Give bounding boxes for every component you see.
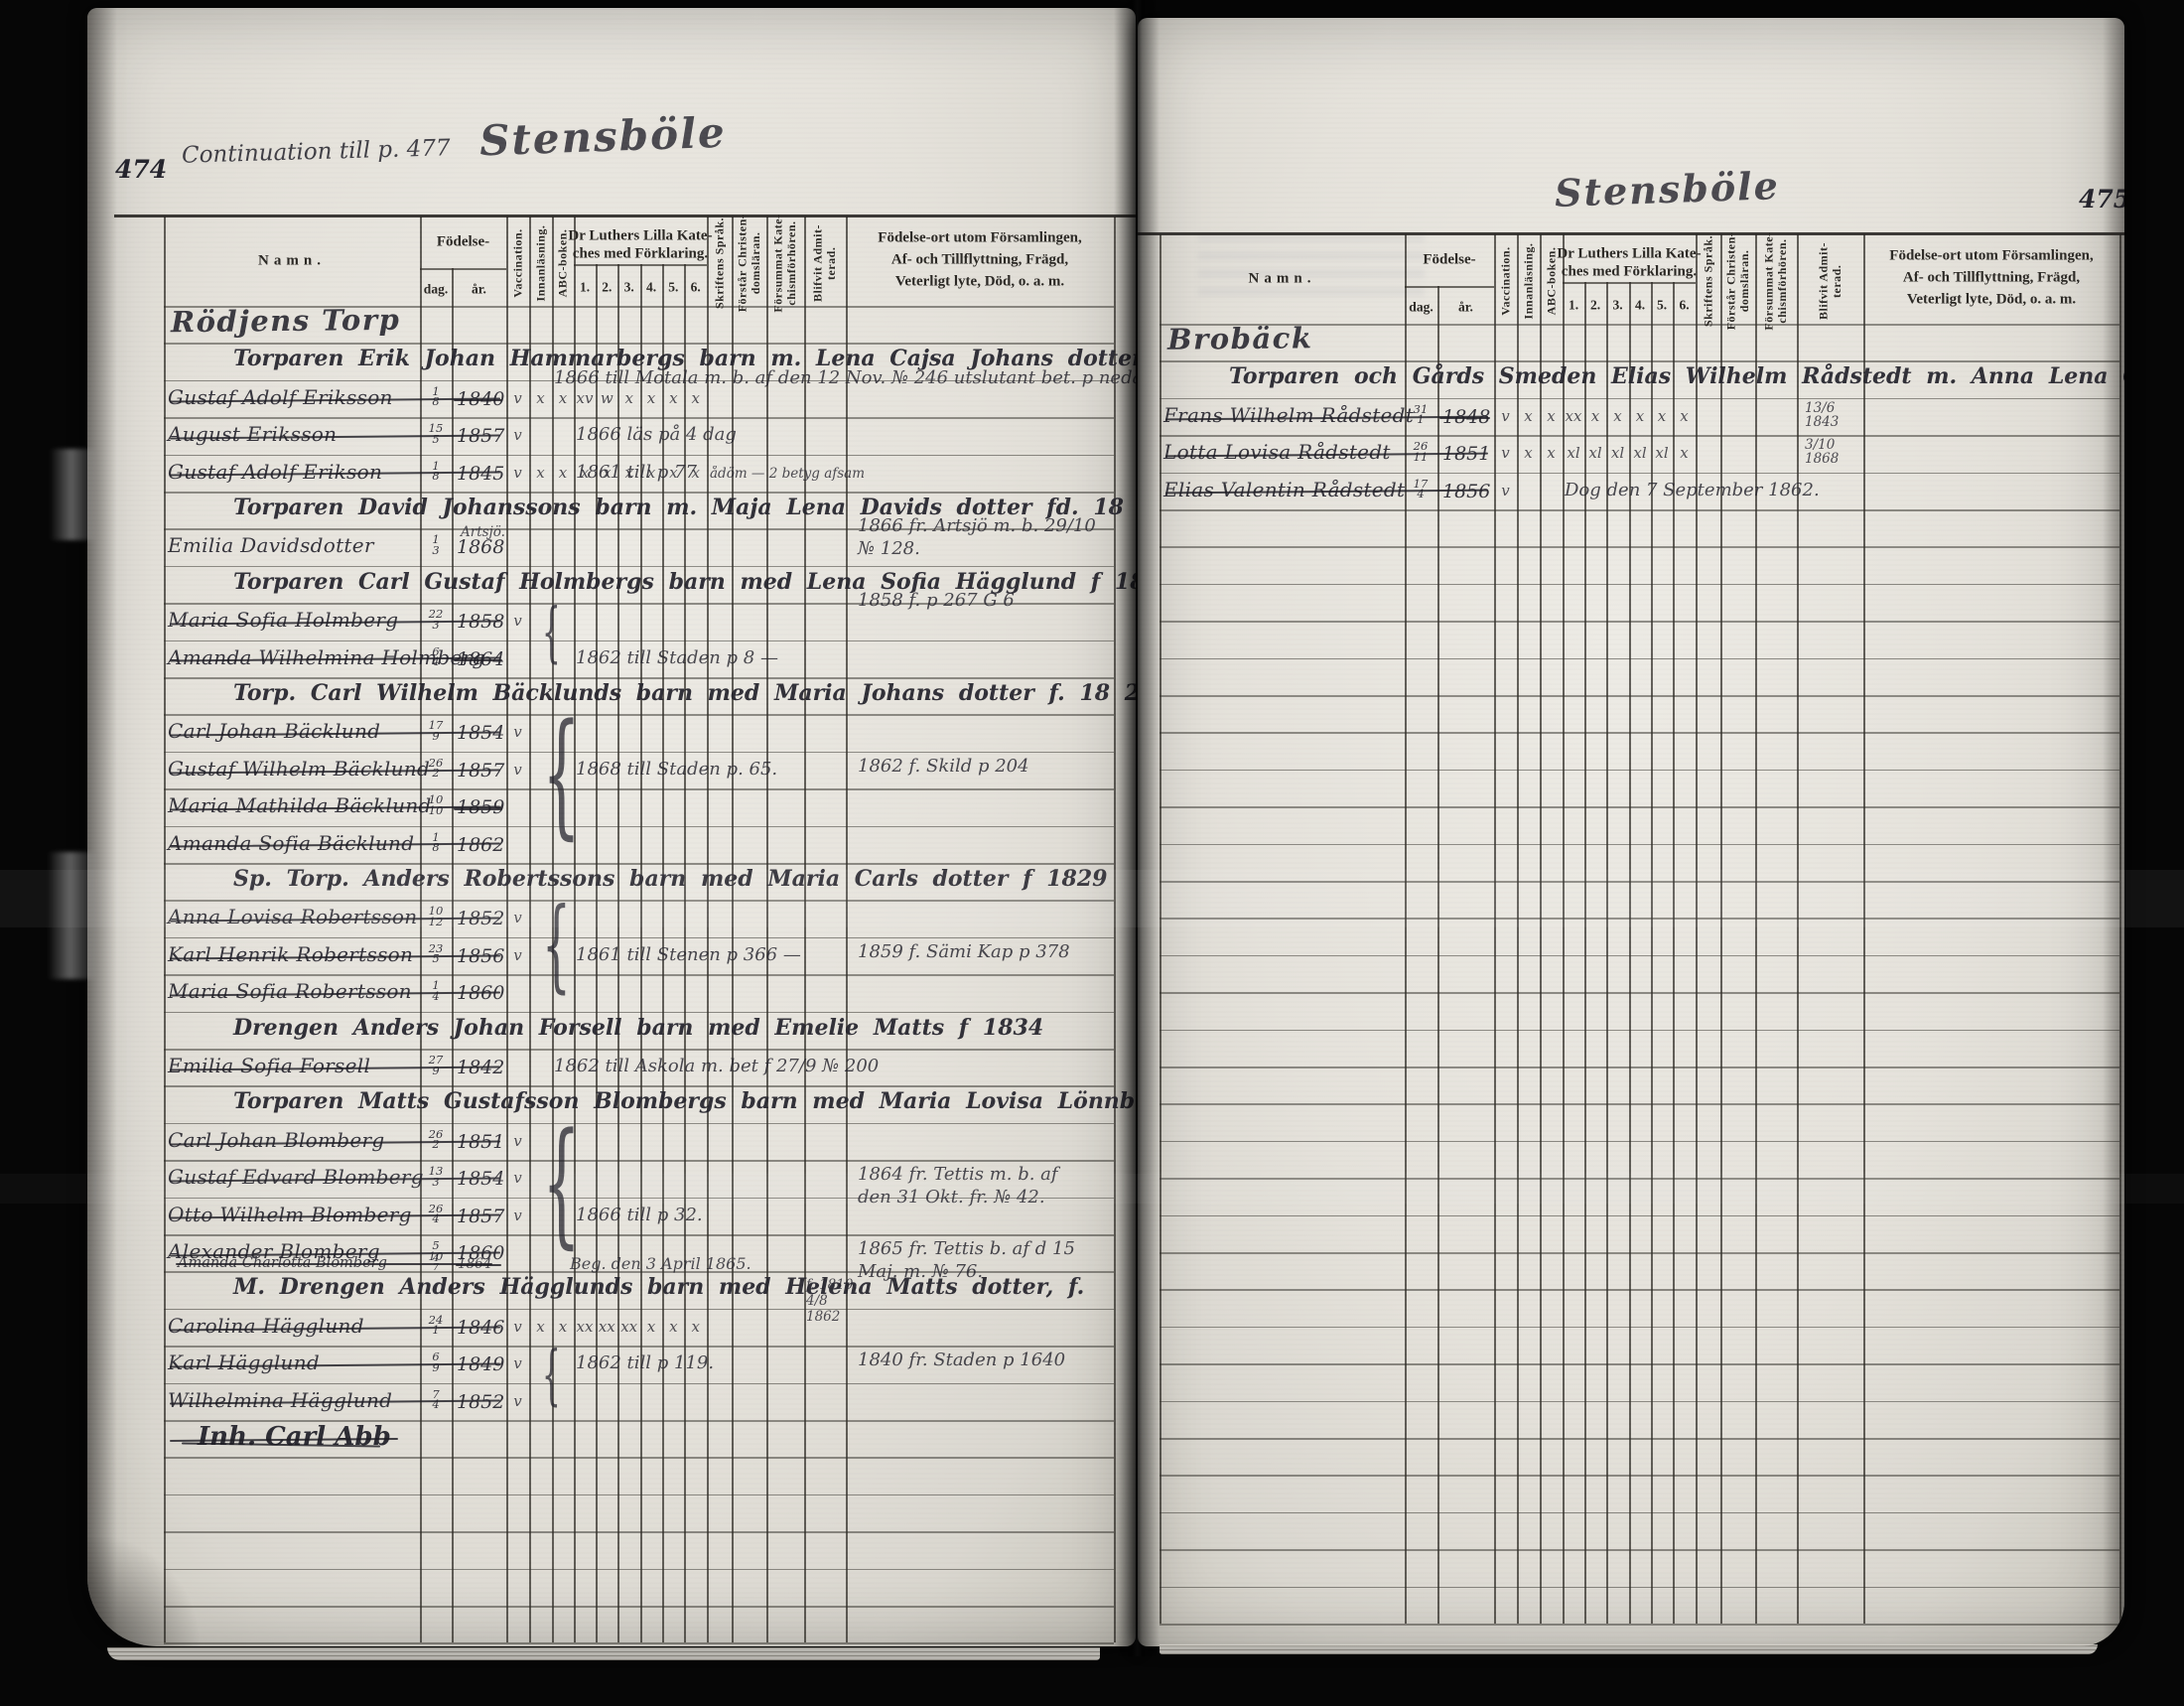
luthers-header-line2: ches med Förklaring. [573, 246, 708, 263]
group-brace: { [542, 902, 571, 988]
row-rule [164, 826, 1114, 828]
column-rule [1517, 234, 1519, 1624]
strike-line [1439, 417, 1490, 419]
birth-day: 18 [432, 386, 439, 407]
exam-mark: v [513, 426, 521, 444]
birth-year: 1845 [457, 463, 504, 485]
birth-year: 1851 [457, 1131, 504, 1153]
luthers-subrule [1563, 282, 1696, 284]
person-name: Maria Mathilda Bäcklund [168, 793, 432, 817]
birth-year: 1857 [457, 425, 504, 447]
exam-mark: x [1680, 444, 1688, 462]
page-stack-edge [107, 1647, 1100, 1660]
row-rule [1160, 1587, 2119, 1589]
row-rule [1160, 1289, 2119, 1291]
birth-day: 174 [1414, 479, 1429, 499]
admitted-note: 1843 [1805, 414, 1839, 430]
exam-mark: x [691, 1318, 699, 1336]
notes-header-line: Födelse-ort utom Församlingen, [1889, 248, 2093, 265]
fodelse-header: Födelse- [437, 234, 489, 251]
birth-day-part: 12 [429, 917, 444, 927]
scan-artifact [50, 449, 97, 540]
exam-mark: x [691, 389, 699, 407]
exam-mark: x [536, 464, 544, 482]
notes-header-line: Veterligt lyte, Död, o. a. m. [895, 274, 1064, 291]
birth-day: 14 [432, 980, 439, 1001]
person-name: Carolina Hägglund [168, 1314, 364, 1338]
exam-mark: x [1524, 407, 1532, 425]
kateches-col-header: 1. [580, 279, 590, 296]
row-rule [164, 1494, 1114, 1496]
row-note: 1861 till p 77 [576, 462, 697, 483]
person-name: August Eriksson [168, 422, 337, 446]
row-rule [164, 640, 1114, 642]
birth-day: 64 [432, 646, 439, 667]
row-rule [1160, 955, 2119, 957]
row-rule [1160, 992, 2119, 994]
row-rule [164, 863, 1114, 865]
birth-day: 133 [429, 1166, 444, 1187]
exam-mark: v [1501, 444, 1509, 462]
exam-mark: xx [599, 1318, 615, 1336]
row-rule [164, 492, 1114, 494]
section-heading: Brobäck [1167, 321, 1313, 356]
innanlasning-header: Innanläsning. [1522, 243, 1536, 320]
column-rule [1540, 234, 1542, 1624]
person-name: Emilia Davidsdotter [168, 533, 374, 557]
row-rule [1160, 1066, 2119, 1068]
page-top-rule [1138, 232, 2124, 235]
forstar-header: Förstår Christen- domsläran. [736, 214, 762, 313]
admitted-note: 4/8 [806, 1293, 828, 1309]
exam-mark: x [559, 464, 567, 482]
birth-day: 235 [429, 943, 444, 964]
row-rule [1160, 1252, 2119, 1254]
margin-note: 1840 fr. Staden p 1640 [858, 1350, 1065, 1370]
birth-year: 1858 [457, 611, 504, 633]
family-heading: Torp. Carl Wilhelm Bäcklunds barn med Ma… [233, 680, 1136, 706]
column-rule [1696, 234, 1698, 1624]
margin-note: 1866 fr. Artsjö m. b. 29/10 [858, 515, 1096, 536]
row-rule [164, 900, 1114, 902]
birth-day-part: 4 [429, 1213, 444, 1224]
birth-year: 1852 [457, 908, 504, 929]
column-rule [164, 216, 166, 1642]
place-note: Artsjö. [461, 524, 505, 540]
kateches-col-header: 6. [1679, 297, 1689, 314]
birth-day-part: 8 [432, 396, 439, 407]
person-name: Emilia Sofia Forsell [168, 1054, 370, 1077]
column-rule [846, 216, 848, 1642]
luthers-header-line1: Dr Luthers Lilla Kate- [568, 228, 712, 245]
birth-year: 1842 [457, 1057, 504, 1078]
row-rule [1160, 732, 2119, 734]
birth-day-part: 3 [429, 620, 444, 631]
row-rule [1160, 806, 2119, 808]
exam-mark: xl [1633, 444, 1646, 462]
row-rule [1160, 770, 2119, 772]
right-register-table: Namn.Födelse-dag.år.Vaccination.Innanläs… [1138, 18, 2124, 1646]
row-note: Dog den 7 September 1862. [1565, 480, 1820, 500]
blifvit-admitterad-header: Blifvit Admit- terad. [1817, 242, 1843, 320]
row-rule [164, 752, 1114, 754]
notes-header-line: Födelse-ort utom Församlingen, [878, 230, 1081, 247]
column-rule [506, 216, 508, 1642]
birth-day: 155 [429, 423, 444, 444]
birth-day: 2611 [1414, 441, 1429, 462]
exam-mark: xx [620, 1318, 637, 1336]
birth-year: 1854 [457, 722, 504, 744]
person-name: Gustaf Adolf Erikson [168, 460, 382, 484]
row-note: 1862 till Askola m. bet f 27/9 № 200 [554, 1056, 879, 1076]
exam-mark: x [1680, 407, 1688, 425]
exam-mark: v [513, 946, 521, 964]
namn-header: Namn. [258, 253, 326, 270]
birth-day-part: 11 [1414, 452, 1429, 463]
row-rule [1160, 473, 2119, 475]
parish-register-scan: 474 Continuation till p. 477 Stensböle N… [0, 0, 2184, 1706]
person-name: Carl Johan Blomberg [168, 1128, 384, 1152]
column-rule [1405, 234, 1407, 1624]
birth-day: 241 [429, 1315, 444, 1336]
row-rule [1160, 1363, 2119, 1365]
person-name: Otto Wilhelm Blomberg [168, 1203, 412, 1226]
forstar-header: Förstår Christen- domsläran. [1724, 232, 1751, 331]
birth-year: 1857 [457, 1206, 504, 1227]
row-note: 1866 till Motala m. b. af den 12 Nov. № … [554, 367, 1136, 388]
family-heading: M. Drengen Anders Hägglunds barn med Hel… [233, 1274, 1084, 1300]
person-name: Carl Johan Bäcklund [168, 719, 380, 743]
forsummat-header: Försummat Kate- chismförhören. [772, 213, 799, 312]
row-rule [1160, 658, 2119, 660]
exam-mark: x [1613, 407, 1621, 425]
exam-mark: v [513, 761, 521, 779]
person-name: Amanda Sofia Bäcklund [168, 831, 414, 855]
exam-mark: v [513, 723, 521, 741]
group-brace: { [542, 1348, 561, 1403]
vaccination-header: Vaccination. [1499, 246, 1513, 315]
row-rule [164, 1234, 1114, 1236]
admitted-note: f. 1810. [806, 1277, 858, 1293]
birth-day-part: 1 [1414, 414, 1429, 425]
birth-year: 1852 [457, 1391, 504, 1413]
exam-mark: v [513, 464, 521, 482]
column-rule [1863, 234, 1865, 1624]
row-rule [1160, 1475, 2119, 1477]
exam-mark: v [513, 1132, 521, 1150]
row-rule [1160, 1512, 2119, 1514]
birth-year: 1849 [457, 1353, 504, 1375]
skriftens-sprak-header: Skriftens Språk. [713, 217, 727, 309]
row-rule [164, 1309, 1114, 1311]
margin-note: № 128. [858, 538, 920, 559]
person-name: Frans Wilhelm Rådstedt [1163, 403, 1414, 427]
section-heading: Rödjens Torp [171, 303, 401, 339]
person-name: Maria Sofia Holmberg [168, 608, 398, 632]
kateches-col-header: 5. [1657, 297, 1667, 314]
row-note: 1862 till p 119. [576, 1352, 714, 1373]
row-rule [164, 1383, 1114, 1385]
birth-day-part: 10 [429, 805, 444, 816]
birth-year: 1857 [457, 760, 504, 782]
strike-line [454, 659, 502, 661]
exam-mark: x [536, 1318, 544, 1336]
birth-day-part: 8 [432, 842, 439, 853]
row-rule [164, 1569, 1114, 1571]
birth-day-part: 9 [429, 731, 444, 742]
birth-day-part: 4 [432, 1399, 439, 1410]
row-rule [164, 974, 1114, 976]
row-rule [1160, 1327, 2119, 1329]
admitted-note: 1862 [806, 1309, 840, 1325]
family-heading: Torparen Matts Gustafsson Blombergs barn… [233, 1088, 1136, 1114]
birth-day-part: 9 [429, 1066, 444, 1076]
page-top-rule [114, 214, 1136, 217]
luthers-header-line1: Dr Luthers Lilla Kate- [1557, 246, 1701, 263]
exam-mark: xl [1655, 444, 1668, 462]
exam-mark: x [1547, 407, 1555, 425]
column-rule [804, 216, 806, 1642]
forsummat-header: Försummat Kate- chismförhören. [1763, 231, 1790, 330]
birth-day: 74 [432, 1389, 439, 1410]
row-rule [164, 1606, 1114, 1608]
page-stack-edge [1160, 1644, 2098, 1654]
birth-day-part: 5 [429, 953, 444, 964]
vaccination-header: Vaccination. [511, 228, 525, 297]
birth-day: 13 [432, 534, 439, 555]
exam-mark: xx [1566, 407, 1582, 425]
row-rule [1160, 360, 2119, 362]
strike-line [454, 399, 502, 401]
notes-header-line: Af- och Tillflyttning, Frägd, [891, 252, 1068, 269]
birth-day: 179 [429, 720, 444, 741]
row-rule [1160, 546, 2119, 548]
column-rule [1563, 234, 1565, 1624]
kateches-col-header: 4. [1635, 297, 1645, 314]
row-rule [1160, 1624, 2119, 1626]
skriftens-sprak-header: Skriftens Språk. [1702, 235, 1715, 327]
birth-day: 311 [1414, 404, 1429, 425]
birth-day-part: 4 [1414, 489, 1429, 499]
notes-header-line: Veterligt lyte, Död, o. a. m. [1907, 292, 2076, 309]
row-rule [1160, 509, 2119, 511]
birth-day: 262 [429, 1129, 444, 1150]
row-rule [164, 1531, 1114, 1533]
person-name: Gustaf Wilhelm Bäcklund [168, 757, 430, 781]
exam-mark: xl [1588, 444, 1601, 462]
birth-day: 1012 [429, 906, 444, 926]
exam-mark: v [1501, 407, 1509, 425]
exam-mark: v [513, 389, 521, 407]
birth-day: 1010 [429, 794, 444, 815]
strike-line [454, 807, 502, 809]
exam-mark: x [1658, 407, 1666, 425]
row-rule [164, 1049, 1114, 1051]
birth-year: 1846 [457, 1317, 504, 1339]
row-rule [164, 566, 1114, 568]
exam-mark: x [647, 389, 655, 407]
ar-header: år. [472, 281, 486, 298]
row-rule [164, 343, 1114, 345]
birth-year: 1854 [457, 1168, 504, 1190]
fodelse-header: Födelse- [1423, 252, 1475, 269]
fodelse-subrule [1405, 286, 1494, 288]
row-rule [1160, 1401, 2119, 1403]
exam-mark: xx [577, 1318, 594, 1336]
row-rule [164, 1085, 1114, 1087]
birth-day: 279 [429, 1055, 444, 1075]
person-name: Wilhelmina Hägglund [168, 1388, 392, 1412]
birth-year: 1856 [1442, 481, 1490, 502]
luthers-header-line2: ches med Förklaring. [1562, 264, 1697, 281]
row-note: Beg. den 3 April 1865. [570, 1254, 751, 1273]
person-name: Karl Henrik Robertsson [168, 942, 413, 966]
dag-header: dag. [1409, 299, 1433, 316]
birth-day-part: 4 [432, 991, 439, 1002]
exam-mark: x [559, 1318, 567, 1336]
row-rule [1160, 1141, 2119, 1143]
birth-day: 223 [429, 609, 444, 630]
row-note: 1866 till p 32. [576, 1205, 703, 1225]
admitted-note: 1868 [1805, 451, 1839, 467]
row-rule [164, 677, 1114, 679]
row-rule [164, 1642, 1114, 1644]
row-rule [1160, 398, 2119, 400]
column-rule [766, 216, 768, 1642]
kateches-col-header: 2. [1590, 297, 1600, 314]
exam-mark: w [601, 389, 614, 407]
row-note: ådöm — 2 betyg afsam [710, 466, 865, 482]
row-rule [164, 714, 1114, 716]
row-rule [164, 1160, 1114, 1162]
column-rule [1797, 234, 1799, 1624]
birth-day: 18 [432, 832, 439, 853]
dag-header: dag. [424, 281, 448, 298]
family-heading: Sp. Torp. Anders Robertssons barn med Ma… [233, 866, 1107, 892]
exam-mark: v [513, 1354, 521, 1372]
row-rule [1160, 918, 2119, 920]
kateches-col-header: 3. [1612, 297, 1622, 314]
margin-note: 1865 fr. Tettis b. af d 15 [858, 1238, 1075, 1259]
margin-note: den 31 Okt. fr. № 42. [858, 1187, 1045, 1208]
abc-boken-header: ABC-boken. [1545, 247, 1559, 316]
exam-mark: x [624, 389, 632, 407]
notes-header-line: Af- och Tillflyttning, Frägd, [1903, 270, 2080, 287]
birth-day-part: 5 [429, 434, 444, 445]
birth-day-part: 3 [432, 545, 439, 556]
birth-day-part: 7 [433, 1263, 439, 1272]
strike-line [456, 1264, 501, 1266]
kateches-col-header: 3. [624, 279, 634, 296]
person-name: Lotta Lovisa Rådstedt [1163, 440, 1391, 464]
person-name: Anna Lovisa Robertsson [168, 905, 417, 928]
row-rule [1160, 1438, 2119, 1440]
exam-mark: v [1501, 482, 1509, 499]
row-rule [1160, 621, 2119, 623]
namn-header: Namn. [1249, 271, 1316, 288]
row-rule [164, 1012, 1114, 1014]
row-rule [1160, 1030, 2119, 1032]
exam-mark: xl [1611, 444, 1624, 462]
row-rule [1160, 1103, 2119, 1105]
kateches-col-header: 4. [646, 279, 656, 296]
kateches-col-header: 6. [691, 279, 701, 296]
scan-artifact [48, 852, 97, 979]
birth-year: 1851 [1442, 443, 1490, 465]
birth-day-part: 9 [432, 1362, 439, 1373]
person-name: Elias Valentin Rådstedt [1163, 478, 1405, 501]
column-rule [1720, 234, 1722, 1624]
row-rule [164, 417, 1114, 419]
birth-day-part: 2 [429, 1139, 444, 1150]
blifvit-admitterad-header: Blifvit Admit- terad. [812, 224, 839, 302]
row-note: 1868 till Staden p. 65. [576, 759, 777, 780]
exam-mark: x [1524, 444, 1532, 462]
innanlasning-header: Innanläsning. [534, 225, 548, 302]
exam-mark: x [1636, 407, 1644, 425]
birth-year: 1860 [457, 982, 504, 1004]
family-heading: Drengen Anders Johan Forsell barn med Em… [233, 1015, 1043, 1041]
birth-day-part: 3 [429, 1177, 444, 1188]
birth-year: 1862 [457, 834, 504, 856]
row-rule [1160, 881, 2119, 883]
exam-mark: v [513, 612, 521, 630]
exam-mark: xv [577, 389, 594, 407]
exam-mark: v [513, 1392, 521, 1410]
column-rule [529, 216, 531, 1642]
row-rule [164, 455, 1114, 457]
row-rule [1160, 435, 2119, 437]
left-page: 474 Continuation till p. 477 Stensböle N… [87, 8, 1136, 1646]
row-note: 1866 läs på 4 dag [576, 424, 737, 445]
column-rule [420, 216, 422, 1642]
row-rule [1160, 1215, 2119, 1217]
birth-day: 18 [432, 461, 439, 482]
exam-mark: v [513, 909, 521, 926]
kateches-col-header: 5. [668, 279, 678, 296]
birth-day: 69 [432, 1351, 439, 1372]
row-rule [1160, 1178, 2119, 1180]
person-name: Maria Sofia Robertsson [168, 979, 412, 1003]
row-rule [164, 788, 1114, 790]
birth-day-part: 8 [432, 471, 439, 482]
exam-mark: x [536, 389, 544, 407]
margin-note: 1858 f. p 267 G 6 [858, 590, 1015, 611]
exam-mark: v [513, 1207, 521, 1224]
exam-mark: v [513, 1169, 521, 1187]
kateches-col-header: 2. [602, 279, 612, 296]
left-register-table: Namn.Födelse-dag.år.Vaccination.Innanläs… [87, 8, 1136, 1646]
kateches-col-header: 1. [1569, 297, 1578, 314]
exam-mark: v [513, 1318, 521, 1336]
birth-day-part: 2 [429, 768, 444, 779]
person-name: Gustaf Edvard Blomberg [168, 1165, 424, 1189]
row-note: 1861 till Stenen p 366 — [576, 944, 801, 965]
column-rule [1160, 234, 1161, 1624]
exam-mark: x [669, 1318, 677, 1336]
group-brace: { [542, 605, 561, 660]
exam-mark: x [1591, 407, 1599, 425]
person-name: Gustaf Adolf Eriksson [168, 385, 393, 409]
column-rule [2119, 234, 2121, 1624]
exam-mark: x [1547, 444, 1555, 462]
strike-line [176, 1263, 492, 1265]
luthers-subrule [574, 264, 707, 266]
row-rule [164, 1346, 1114, 1348]
person-name: Inh. Carl Abb [198, 1422, 391, 1452]
birth-day-part: 1 [429, 1325, 444, 1336]
exam-mark: x [647, 1318, 655, 1336]
